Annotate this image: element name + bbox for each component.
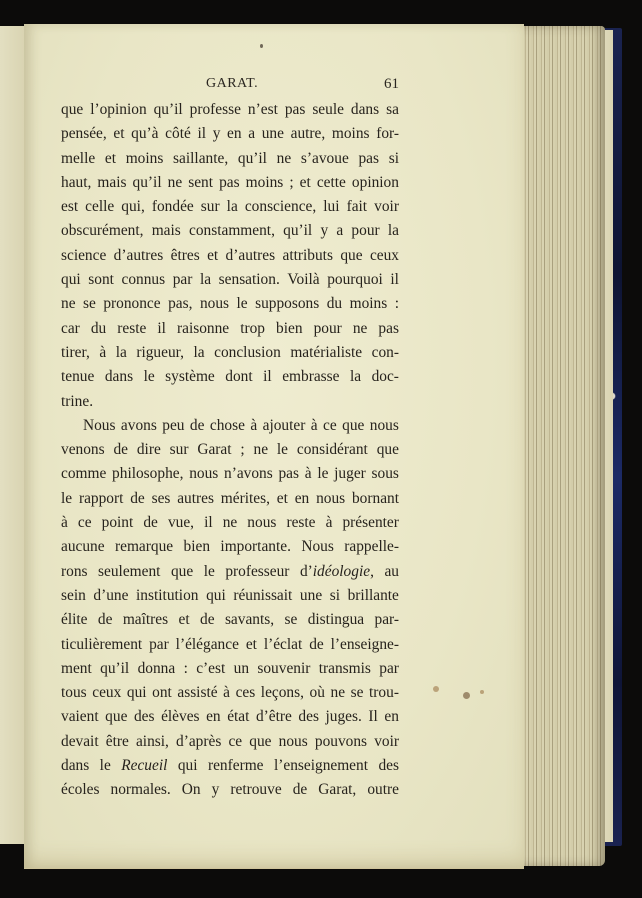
word: êtres xyxy=(171,244,200,268)
word: n’est xyxy=(248,98,278,122)
word: est xyxy=(61,195,78,219)
word: prononce xyxy=(103,292,160,316)
word: rons xyxy=(61,560,88,584)
word: en xyxy=(206,705,221,729)
text-line: écolesnormales.OnyretrouvedeGarat,outre xyxy=(61,778,399,802)
word: for- xyxy=(376,122,399,146)
word: Nous xyxy=(301,535,334,559)
word: que xyxy=(342,414,364,438)
word: par- xyxy=(375,608,399,632)
word: outre xyxy=(367,778,399,802)
word: la xyxy=(227,195,238,219)
word: état xyxy=(227,705,249,729)
word: constamment, xyxy=(189,219,275,243)
word: chose xyxy=(210,414,245,438)
word: en xyxy=(295,487,310,511)
word: trou- xyxy=(369,681,399,705)
word: tirer, xyxy=(61,341,90,365)
word: d’une xyxy=(93,584,128,608)
word: moins xyxy=(332,122,370,146)
word: qu’il xyxy=(283,219,312,243)
word: ne xyxy=(277,147,292,171)
word: sous xyxy=(372,462,399,486)
word: y xyxy=(320,219,328,243)
text-line: ticulièrementparl’éléganceetl’éclatdel’e… xyxy=(61,633,399,657)
word: ceux xyxy=(92,681,121,705)
word: bornant xyxy=(352,487,399,511)
word: nous xyxy=(247,511,276,535)
word: de xyxy=(293,778,308,802)
word-fragment: seulement xyxy=(98,563,160,580)
word: doc- xyxy=(372,365,399,389)
word: du xyxy=(91,317,106,341)
word: : xyxy=(184,657,188,681)
word-fragment: dans xyxy=(61,757,89,774)
word: souvenir xyxy=(257,657,310,681)
text-line: seind’uneinstitutionquiréunissaitunesibr… xyxy=(61,584,399,608)
word: pas xyxy=(278,462,299,486)
word: écoles xyxy=(61,778,99,802)
word-fragment: rons xyxy=(61,563,88,580)
word: d’après xyxy=(176,730,221,754)
word: connus xyxy=(122,268,166,292)
word: dans xyxy=(61,754,89,778)
word: normales. xyxy=(111,778,171,802)
word: et xyxy=(113,122,124,146)
word: le xyxy=(144,365,155,389)
word: nous xyxy=(200,292,229,316)
word: assisté xyxy=(177,681,217,705)
text-line: commephilosophe,nousn’avonspasàlejugerso… xyxy=(61,462,399,486)
word: reste xyxy=(117,317,146,341)
word: brillante xyxy=(348,584,399,608)
word: ce xyxy=(323,414,337,438)
word: à xyxy=(99,341,106,365)
word: par xyxy=(149,633,169,657)
foxing-spot xyxy=(463,692,470,699)
word: bien xyxy=(276,317,303,341)
word: et xyxy=(207,244,218,268)
text-line: quel’opinionqu’ilprofessen’estpasseuleda… xyxy=(61,98,399,122)
word: n’avons xyxy=(224,462,273,486)
word: la xyxy=(116,341,127,365)
word: leçons, xyxy=(261,681,304,705)
word: ceux xyxy=(370,244,399,268)
word: juges. xyxy=(326,705,362,729)
word: d’autres xyxy=(226,244,276,268)
word: fondée xyxy=(152,195,194,219)
word: se xyxy=(284,608,297,632)
word: la xyxy=(194,341,205,365)
word: et xyxy=(277,487,288,511)
word: d’idéologie, xyxy=(300,560,374,584)
word: pas xyxy=(358,147,379,171)
running-head: GARAT. 61 xyxy=(0,76,642,96)
word: trine. xyxy=(61,390,93,414)
word: où xyxy=(310,681,325,705)
word: l’enseignement xyxy=(274,754,368,778)
word: sensation. xyxy=(219,268,280,292)
word: venons xyxy=(61,438,105,462)
word: à xyxy=(311,414,318,438)
word: ne xyxy=(168,171,183,195)
word: qu’à xyxy=(131,122,158,146)
word: l’élégance xyxy=(176,633,239,657)
word: de xyxy=(113,438,128,462)
word: vaient xyxy=(61,705,99,729)
word: dire xyxy=(137,438,161,462)
word: ces xyxy=(236,681,256,705)
word: importante. xyxy=(220,535,291,559)
text-line: neseprononcepas,nouslesupposonsdumoins: xyxy=(61,292,399,316)
word: qu’il xyxy=(238,147,267,171)
text-line: ronsseulementqueleprofesseurd’idéologie,… xyxy=(61,560,399,584)
word: le xyxy=(237,292,248,316)
word: des xyxy=(134,705,155,729)
word: mérites, xyxy=(221,487,270,511)
body-text: quel’opinionqu’ilprofessen’estpasseuleda… xyxy=(61,98,399,803)
word: ; xyxy=(240,438,244,462)
word: cette xyxy=(317,171,346,195)
word: maîtres xyxy=(123,608,168,632)
word: pas xyxy=(378,317,399,341)
word: qui, xyxy=(121,195,145,219)
word: savants, xyxy=(225,608,274,632)
word: saillante, xyxy=(173,147,228,171)
word: rapport xyxy=(79,487,123,511)
word-fragment: professeur xyxy=(225,563,289,580)
word: voir xyxy=(374,195,399,219)
word: c’est xyxy=(196,657,225,681)
word: pas xyxy=(219,171,240,195)
word: moins xyxy=(350,292,388,316)
word: pas, xyxy=(168,292,192,316)
word: lui xyxy=(323,195,339,219)
word: Nous xyxy=(83,414,116,438)
word: Recueil xyxy=(121,754,167,778)
word: d’autres xyxy=(114,244,164,268)
facing-page-edge xyxy=(0,26,26,844)
word: le xyxy=(100,754,111,778)
word: de xyxy=(309,633,324,657)
text-line: carduresteilraisonnetropbienpournepas xyxy=(61,317,399,341)
text-line: aucuneremarquebienimportante.Nousrappell… xyxy=(61,535,399,559)
word: élèves xyxy=(161,705,199,729)
word: autre, xyxy=(291,122,326,146)
word: donna xyxy=(138,657,176,681)
word: attributs xyxy=(283,244,333,268)
word: ne xyxy=(331,681,346,705)
word: l’enseigne- xyxy=(331,633,399,657)
word: ne xyxy=(353,317,368,341)
word: réunissait xyxy=(233,584,292,608)
text-line: estcellequi,fondéesurlaconscience,luifai… xyxy=(61,195,399,219)
word: pas xyxy=(285,98,306,122)
word: de xyxy=(143,511,158,535)
word-fragment: le xyxy=(204,563,215,580)
word: système xyxy=(165,365,215,389)
word: côté xyxy=(165,122,191,146)
word: et xyxy=(179,608,190,632)
word: se xyxy=(351,681,364,705)
word: ment xyxy=(61,657,92,681)
word: Il xyxy=(368,705,377,729)
text-line: àcepointdevue,ilnenousresteàprésenter xyxy=(61,511,399,535)
word: pourquoi xyxy=(327,268,383,292)
word: fait xyxy=(347,195,368,219)
word: qu’il xyxy=(100,657,129,681)
word: vue, xyxy=(168,511,194,535)
word: car xyxy=(61,317,80,341)
word: une xyxy=(262,122,284,146)
text-line: pensée,etqu’àcôtéilyenauneautre,moinsfor… xyxy=(61,122,399,146)
word: ne xyxy=(254,438,269,462)
word: avons xyxy=(121,414,157,438)
text-line: scienced’autresêtresetd’autresattributsq… xyxy=(61,244,399,268)
word: ne xyxy=(223,511,238,535)
word: distingua xyxy=(308,608,364,632)
word: ; xyxy=(289,171,293,195)
word: retrouve xyxy=(230,778,281,802)
word: Garat xyxy=(197,438,231,462)
text-line: lerapportdesesautresmérites,etennousborn… xyxy=(61,487,399,511)
foxing-spot xyxy=(433,686,439,692)
word: autres xyxy=(177,487,214,511)
word: qui xyxy=(206,584,226,608)
word: et xyxy=(105,147,116,171)
word: si xyxy=(330,584,340,608)
page-edges xyxy=(515,26,605,866)
word: à xyxy=(61,511,68,535)
word: point xyxy=(102,511,134,535)
word: y xyxy=(212,778,220,802)
word: nous xyxy=(316,487,345,511)
word: des xyxy=(298,705,319,729)
word: élite xyxy=(61,608,88,632)
word: des xyxy=(378,754,399,778)
word: le xyxy=(204,560,215,584)
word: celle xyxy=(85,195,114,219)
word: sein xyxy=(61,584,86,608)
word: opinion xyxy=(352,171,399,195)
word-fragment: des xyxy=(378,757,399,774)
word: le xyxy=(277,438,288,462)
word-fragment: qui xyxy=(178,757,198,774)
word: ce xyxy=(78,511,92,535)
word: une xyxy=(300,584,322,608)
word: qui xyxy=(61,268,81,292)
word: haut, xyxy=(61,171,91,195)
word-fragment: le xyxy=(100,757,111,774)
word: sent xyxy=(188,171,213,195)
word: embrasse xyxy=(282,365,339,389)
word: ne xyxy=(61,292,76,316)
word-fragment: que xyxy=(171,563,193,580)
word: présenter xyxy=(342,511,398,535)
word: être xyxy=(106,730,129,754)
word: à xyxy=(223,681,230,705)
word: pour xyxy=(314,317,342,341)
word: sur xyxy=(201,195,220,219)
word: professe xyxy=(190,98,241,122)
word: et xyxy=(246,633,257,657)
word: qui xyxy=(178,754,198,778)
word: moins xyxy=(126,147,164,171)
word-fragment: l’enseignement xyxy=(274,757,368,774)
word: que xyxy=(377,438,399,462)
word: il xyxy=(197,122,206,146)
word: par xyxy=(379,657,399,681)
word: l’opinion xyxy=(90,98,146,122)
word: il xyxy=(263,365,272,389)
word: sur xyxy=(170,438,189,462)
page-number: 61 xyxy=(384,76,399,93)
word: : xyxy=(395,292,399,316)
word: science xyxy=(61,244,106,268)
word: moins xyxy=(246,171,284,195)
word: en xyxy=(384,705,399,729)
word: pouvons xyxy=(315,730,367,754)
text-line: tenuedanslesystèmedontilembrasseladoc- xyxy=(61,365,399,389)
word: melle xyxy=(61,147,95,171)
word: dans xyxy=(351,98,379,122)
word: le xyxy=(317,462,328,486)
word: que xyxy=(105,705,127,729)
word: en xyxy=(227,122,242,146)
word: de xyxy=(200,608,215,632)
word: matérialiste xyxy=(290,341,362,365)
word: que xyxy=(340,244,362,268)
word: a xyxy=(248,122,255,146)
word: a xyxy=(336,219,343,243)
word: que xyxy=(171,560,193,584)
word: raisonne xyxy=(177,317,229,341)
word: conclusion xyxy=(214,341,281,365)
word: supposons xyxy=(255,292,319,316)
word: ses xyxy=(152,487,171,511)
word-fragment: au xyxy=(384,563,399,580)
word: rigueur, xyxy=(136,341,184,365)
word: que xyxy=(61,98,83,122)
word: d’être xyxy=(256,705,292,729)
word: mais xyxy=(97,171,126,195)
word: rappelle- xyxy=(344,535,399,559)
word: ajouter xyxy=(263,414,306,438)
word: comme xyxy=(61,462,106,486)
word: tous xyxy=(61,681,87,705)
text-line: quisontconnusparlasensation.Voilàpourquo… xyxy=(61,268,399,292)
word: la xyxy=(350,365,361,389)
text-line: obscurément,maisconstamment,qu’ilyapourl… xyxy=(61,219,399,243)
text-line: élitedemaîtresetdesavants,sedistinguapar… xyxy=(61,608,399,632)
word: Voilà xyxy=(287,268,319,292)
running-head-title: GARAT. xyxy=(206,76,258,92)
word: nous xyxy=(279,730,308,754)
word: qu’il xyxy=(133,171,162,195)
word: juger xyxy=(334,462,366,486)
word: ticulièrement xyxy=(61,633,142,657)
word: nous xyxy=(370,414,399,438)
word: tenue xyxy=(61,365,94,389)
word-fragment: , xyxy=(370,563,374,580)
word: de xyxy=(190,414,205,438)
word: à xyxy=(250,414,257,438)
word: aucune xyxy=(61,535,105,559)
word: le xyxy=(61,487,72,511)
text-line: venonsdediresurGarat;neleconsidérantque xyxy=(61,438,399,462)
word: seulement xyxy=(98,560,160,584)
word: peu xyxy=(162,414,184,438)
word: par xyxy=(173,268,193,292)
word: à xyxy=(326,511,333,535)
text-line: mentqu’ildonna:c’estunsouvenirtransmispa… xyxy=(61,657,399,681)
word: la xyxy=(388,219,399,243)
word: l’éclat xyxy=(264,633,302,657)
word: qui xyxy=(127,681,147,705)
word: mais xyxy=(152,219,181,243)
text-line: Nousavonspeudechoseàajouteràcequenous xyxy=(61,414,399,438)
word: un xyxy=(234,657,249,681)
word: voir xyxy=(374,730,399,754)
word: renferme xyxy=(208,754,264,778)
word: obscurément, xyxy=(61,219,143,243)
word: sa xyxy=(386,98,399,122)
word: du xyxy=(327,292,342,316)
word: Garat, xyxy=(318,778,356,802)
word: transmis xyxy=(319,657,371,681)
text-line: haut,maisqu’ilnesentpasmoins;etcetteopin… xyxy=(61,171,399,195)
word: et xyxy=(300,171,311,195)
text-line: tousceuxquiontassistéàcesleçons,oùnesetr… xyxy=(61,681,399,705)
word: y xyxy=(213,122,221,146)
word-fragment: renferme xyxy=(208,757,264,774)
word-fragment: d’ xyxy=(300,563,313,580)
word: remarque xyxy=(115,535,173,559)
foxing-spot xyxy=(480,690,484,694)
word: pour xyxy=(351,219,379,243)
word: seule xyxy=(312,98,344,122)
word: dans xyxy=(105,365,133,389)
word: ont xyxy=(152,681,172,705)
word: On xyxy=(182,778,201,802)
word: à xyxy=(305,462,312,486)
word: reste xyxy=(286,511,315,535)
word: bien xyxy=(184,535,211,559)
word: sont xyxy=(88,268,114,292)
word: ce xyxy=(228,730,242,754)
word: considérant xyxy=(297,438,368,462)
text-line: tirer,àlarigueur,laconclusionmatérialist… xyxy=(61,341,399,365)
text-line: devaitêtreainsi,d’aprèscequenouspouvonsv… xyxy=(61,730,399,754)
word: il xyxy=(390,268,399,292)
word: con- xyxy=(372,341,399,365)
word: ainsi, xyxy=(136,730,169,754)
word: devait xyxy=(61,730,99,754)
italic-term: idéologie xyxy=(313,563,370,580)
word: pensée, xyxy=(61,122,107,146)
word: de xyxy=(130,487,145,511)
word: au xyxy=(384,560,399,584)
word: il xyxy=(204,511,213,535)
word: professeur xyxy=(225,560,289,584)
word: trop xyxy=(240,317,265,341)
text-line: trine. xyxy=(61,390,399,414)
word: qu’il xyxy=(154,98,183,122)
word: la xyxy=(200,268,211,292)
text-line: vaientquedesélèvesenétatd’êtredesjuges.I… xyxy=(61,705,399,729)
foxing-spot xyxy=(260,44,263,48)
text-line: melleetmoinssaillante,qu’ilnes’avouepass… xyxy=(61,147,399,171)
